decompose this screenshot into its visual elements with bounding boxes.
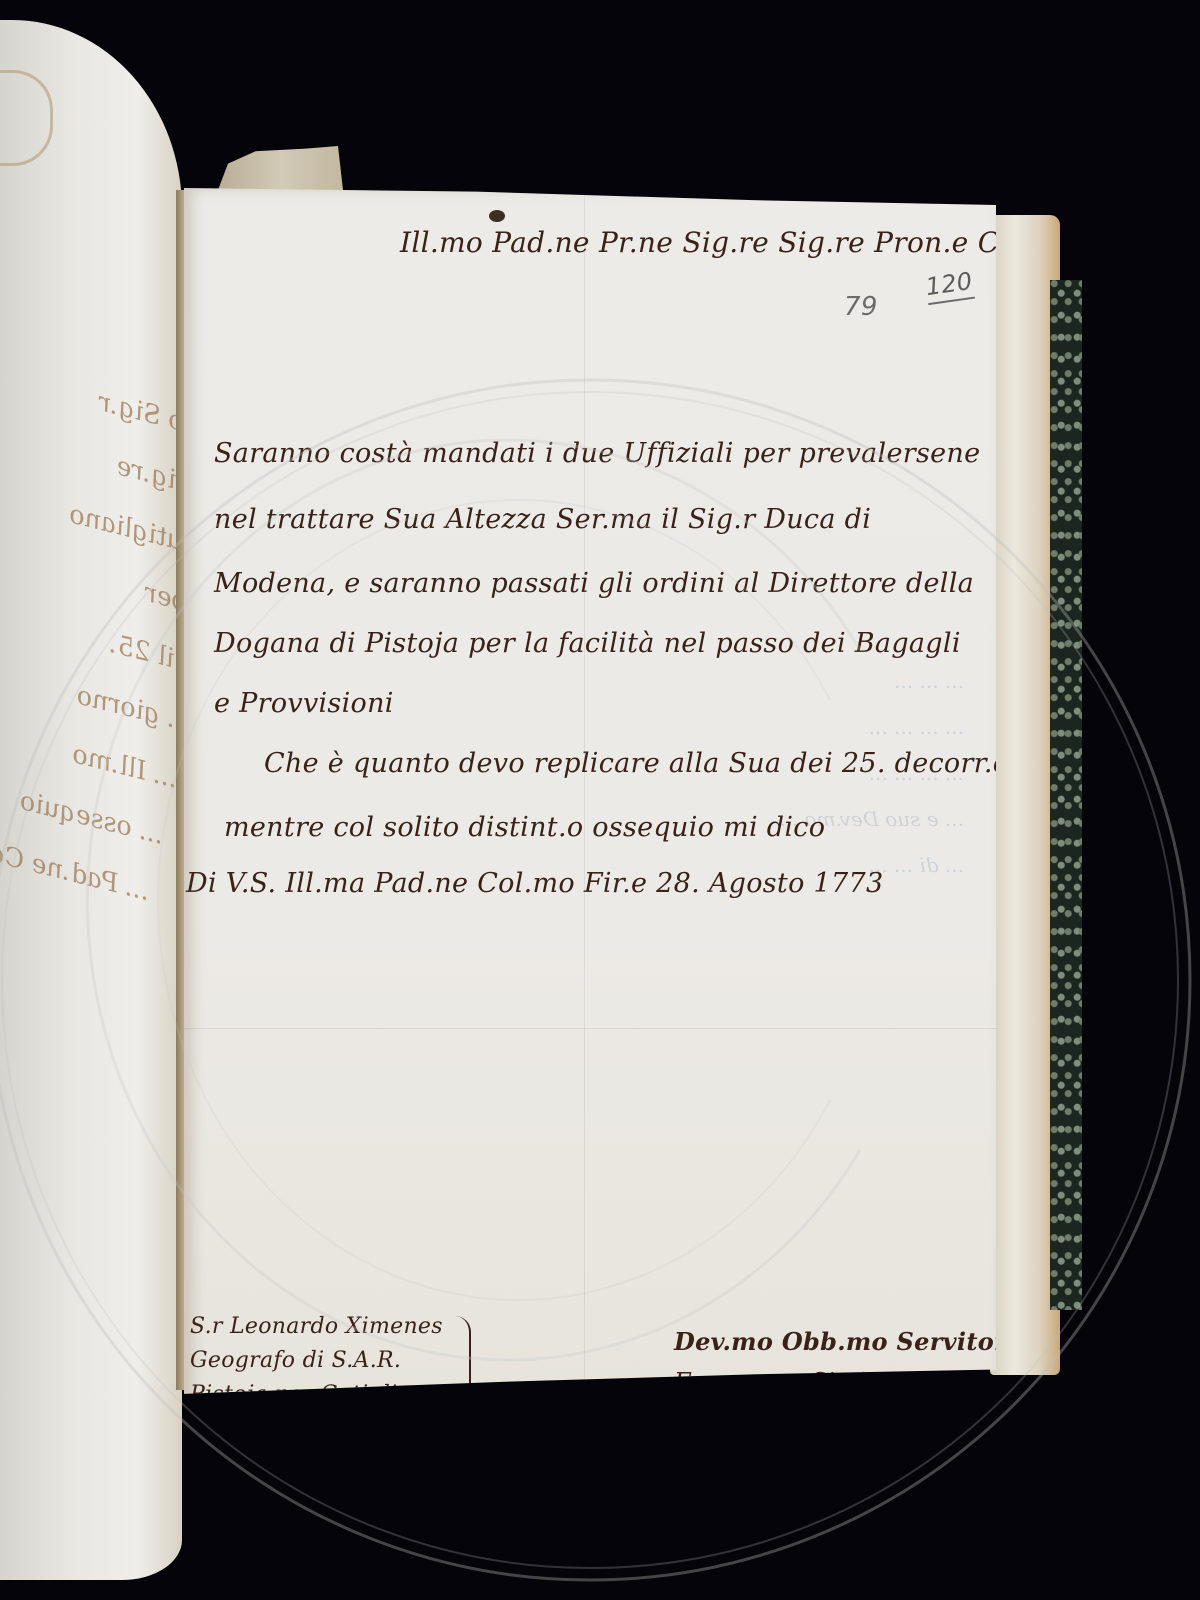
letter-page: Ill.mo Pad.ne Pr.ne Sig.re Sig.re Pron.e…	[184, 188, 996, 1406]
addressee-name: S.r Leonardo Ximenes	[190, 1310, 443, 1344]
fold-line-horizontal	[184, 1028, 996, 1029]
folio-number-new: 120	[924, 267, 975, 305]
left-page-mirror-text: Ecc.mo Sig.r ... e Sig.re ... Cutigliano…	[0, 366, 182, 1074]
body-line: nel trattare Sua Altezza Ser.ma il Sig.r…	[214, 504, 871, 535]
addressee-block: S.r Leonardo Ximenes Geografo di S.A.R. …	[190, 1310, 443, 1412]
body-line: mentre col solito distint.o ossequio mi …	[224, 812, 825, 843]
marbled-binding	[1050, 280, 1082, 1310]
salutation: Ill.mo Pad.ne Pr.ne Sig.re Sig.re Pron.e…	[400, 226, 1079, 259]
archival-photo: Ecc.mo Sig.r ... e Sig.re ... Cutigliano…	[0, 0, 1200, 1600]
folio-number-old: 79	[844, 292, 878, 322]
signature-block: Dev.mo Obb.mo Servitore Francesco Simine…	[674, 1322, 1023, 1402]
addressee-title: Geografo di S.A.R.	[190, 1344, 443, 1378]
date-line: Di V.S. Ill.ma Pad.ne Col.mo Fir.e 28. A…	[186, 868, 883, 899]
left-page-ink-flourish	[0, 70, 53, 166]
body-line: Modena, e saranno passati gli ordini al …	[214, 568, 974, 599]
addressee-place: Pistoja per Cutigliano	[190, 1378, 443, 1412]
brace-flourish	[455, 1316, 471, 1412]
body-line: e Provvisioni	[214, 688, 394, 719]
body-line: Che è quanto devo replicare alla Sua dei…	[264, 748, 1009, 779]
left-page-verso: Ecc.mo Sig.r ... e Sig.re ... Cutigliano…	[0, 20, 182, 1580]
ink-blot	[489, 210, 505, 222]
signature: Francesco Siminetti	[674, 1362, 1023, 1402]
body-line: Dogana di Pistoja per la facilità nel pa…	[214, 628, 961, 659]
body-line: Saranno costà mandati i due Uffiziali pe…	[214, 438, 980, 469]
closing-formula: Dev.mo Obb.mo Servitore	[674, 1322, 1023, 1362]
paper-tab-fragment	[218, 146, 343, 190]
